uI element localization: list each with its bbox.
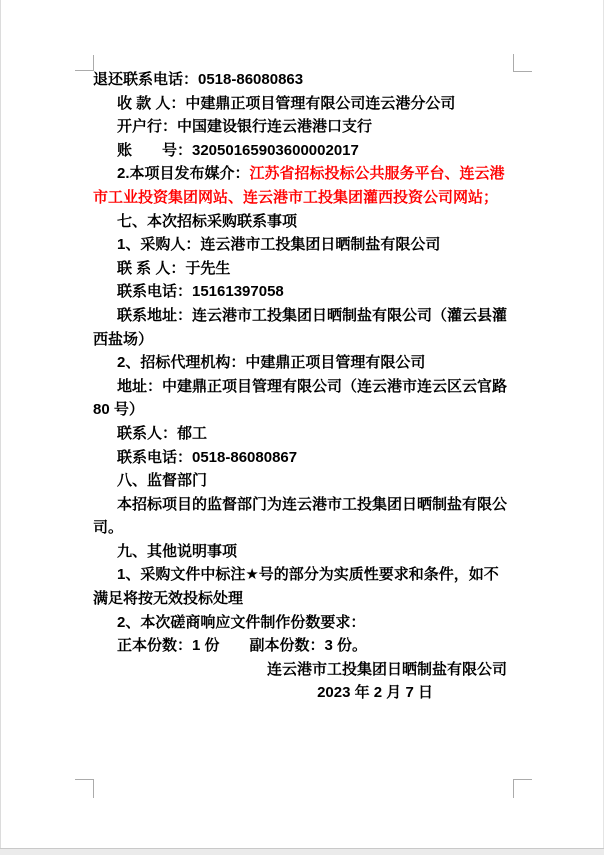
- agency-line: 2、招标代理机构：中建鼎正项目管理有限公司: [93, 351, 513, 375]
- signature-date: 2023 年 2 月 7 日: [93, 681, 513, 705]
- margin-crop-mark-top-right: [513, 54, 532, 72]
- publish-media-line: 2.本项目发布媒介：江苏省招标投标公共服务平台、连云港市工业投资集团网站、连云港…: [93, 162, 513, 209]
- signature-company: 连云港市工投集团日晒制盐有限公司: [93, 658, 513, 682]
- publish-media-prefix: 2.本项目发布媒介：: [117, 165, 250, 182]
- supervision-line: 本招标项目的监督部门为连云港市工投集团日晒制盐有限公司。: [93, 493, 513, 540]
- contact-address-line: 联系地址：连云港市工投集团日晒制盐有限公司（灌云县灌西盐场）: [93, 304, 513, 351]
- page-bottom-edge: [0, 848, 604, 855]
- agency-phone-line: 联系电话：0518-86080867: [93, 446, 513, 470]
- document-page: 退还联系电话：0518-86080863 收 款 人：中建鼎正项目管理有限公司连…: [0, 0, 604, 855]
- copies-count-line: 正本份数：1 份 副本份数：3 份。: [93, 634, 513, 658]
- margin-crop-mark-top-left: [75, 55, 94, 71]
- refund-phone-line: 退还联系电话：0518-86080863: [93, 68, 513, 92]
- section9-heading: 九、其他说明事项: [93, 540, 513, 564]
- agency-address-line: 地址：中建鼎正项目管理有限公司（连云港市连云区云官路 80 号）: [93, 375, 513, 422]
- margin-crop-mark-bottom-left: [75, 779, 94, 798]
- margin-crop-mark-bottom-right: [513, 779, 532, 798]
- star-requirement-line: 1、采购文件中标注★号的部分为实质性要求和条件，如不满足将按无效投标处理: [93, 563, 513, 610]
- purchaser-line: 1、采购人：连云港市工投集团日晒制盐有限公司: [93, 233, 513, 257]
- bank-line: 开户行：中国建设银行连云港港口支行: [93, 115, 513, 139]
- document-body: 退还联系电话：0518-86080863 收 款 人：中建鼎正项目管理有限公司连…: [93, 68, 513, 705]
- section8-heading: 八、监督部门: [93, 469, 513, 493]
- copies-requirement-line: 2、本次磋商响应文件制作份数要求：: [93, 611, 513, 635]
- contact-phone-line: 联系电话：15161397058: [93, 280, 513, 304]
- account-number-line: 账 号：32050165903600002017: [93, 139, 513, 163]
- contact-person-line: 联 系 人：于先生: [93, 257, 513, 281]
- payee-line: 收 款 人：中建鼎正项目管理有限公司连云港分公司: [93, 92, 513, 116]
- section7-heading: 七、本次招标采购联系事项: [93, 210, 513, 234]
- agency-contact-line: 联系人：郁工: [93, 422, 513, 446]
- page-left-edge: [0, 0, 1, 855]
